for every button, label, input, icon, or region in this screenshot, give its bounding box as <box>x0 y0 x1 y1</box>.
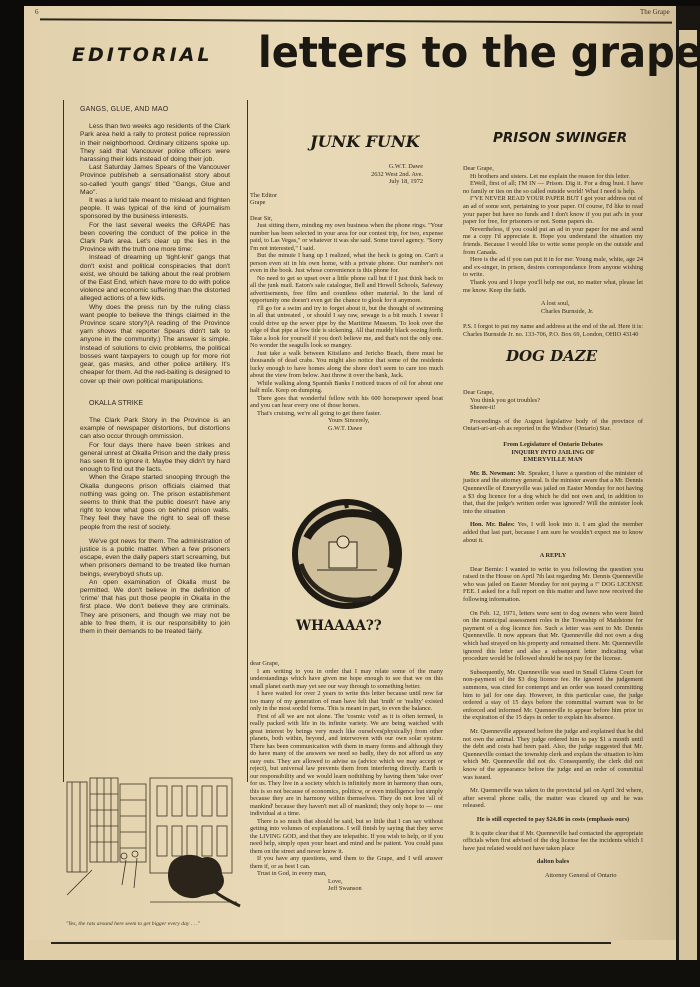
letter-paragraph: Here is the ad if you can put it in for … <box>463 256 643 279</box>
letter-paragraph: Thank you and I hope you'll help me out,… <box>463 279 643 294</box>
reply-paragraph: Subsequently, Mr. Quenneville was sued i… <box>463 669 643 722</box>
signature: G.W.T. Dawe <box>250 425 443 433</box>
letter-paragraph: That's cruising, we're all going to get … <box>250 410 443 418</box>
salutation: Dear Sir, <box>250 215 443 223</box>
letter-paragraph: I"VE NEVER READ YOUR PAPER BUT I got you… <box>463 195 643 225</box>
letter-paragraph: There goes that wonderful fellow with hi… <box>250 395 443 410</box>
letter-paragraph: No need to get so upset over a little ph… <box>250 275 443 305</box>
letter-paragraph: EWell, first of all; I'M IN — Prison. Di… <box>463 180 643 195</box>
editorial-text: GANGS, GLUE, AND MAO Less than two weeks… <box>80 106 230 636</box>
adjacent-page-edge <box>676 6 700 987</box>
editorial-column: GANGS, GLUE, AND MAO Less than two weeks… <box>63 100 248 782</box>
answer-speaker: Hon. Mr. Bales: <box>470 521 515 528</box>
closing: Yours Sincerely, <box>250 417 443 425</box>
salutation-line: Sheeee-it! <box>463 404 643 412</box>
editorial-section-title: EDITORIAL <box>72 44 212 66</box>
closing: A lost soul, <box>463 300 643 308</box>
sender-address: 2632 West 2nd. Ave. <box>250 171 443 179</box>
editorial-paragraph: We've got news for them. The administrat… <box>80 538 230 579</box>
emphasis-line: He is still expected to pay $24.86 in co… <box>463 816 643 824</box>
inquiry-heading: INQUIRY INTO JAILING OF <box>463 449 643 457</box>
editorial-headline: GANGS, GLUE, AND MAO <box>80 106 230 114</box>
reply-paragraph: Mr. Quenneville was taken to the provinc… <box>463 787 643 810</box>
page-title: letters to the grape <box>258 28 700 78</box>
editorial-paragraph: It was a lurid tale meant to mislead and… <box>80 197 230 222</box>
letter-date: July 18, 1972 <box>250 178 443 186</box>
salutation: Dear Grape, <box>463 389 643 397</box>
letter-paragraph: Just take a walk between Kitsilano and J… <box>250 350 443 380</box>
signature-title: Attorney General of Ontario <box>463 872 643 880</box>
prison-swinger-headline: PRISON SWINGER <box>493 130 627 146</box>
editorial-paragraph: An open examination of Okalla must be pe… <box>80 579 230 636</box>
reply-paragraph: On Feb. 12, 1971, letters were sent to d… <box>463 610 643 663</box>
letter-paragraph: Just sitting there, minding my own busin… <box>250 222 443 252</box>
reply-paragraph: Dear Bernie: I wanted to write to you fo… <box>463 566 643 604</box>
salutation-line: You think you got troubles? <box>463 397 643 405</box>
postscript: P.S. I forgot to put my name and address… <box>463 323 643 338</box>
letter-paragraph: I have waited for over 2 years to write … <box>250 690 443 713</box>
reply-heading: A REPLY <box>463 552 643 560</box>
letter-paragraph: First of all we are not alone. The 'cosm… <box>250 713 443 818</box>
salutation: Dear Grape, <box>463 165 643 173</box>
editorial-paragraph: For four days there have been strikes an… <box>80 442 230 475</box>
letter-paragraph: Trust in God, in every man, <box>250 870 443 878</box>
editorial-paragraph: When the Grape started snooping through … <box>80 474 230 531</box>
editorial-paragraph: Last Saturday James Spears of the Vancou… <box>80 164 230 197</box>
scan-background <box>0 960 700 987</box>
reply-paragraph: It is quite clear that if Mr. Quennevill… <box>463 830 643 853</box>
cartoon-caption: "Yes, the rats around here seem to get b… <box>66 921 256 927</box>
dog-daze-headline: DOG DAZE <box>506 347 597 365</box>
signature: Charles Burnside, Jr. <box>463 308 643 316</box>
crystal-ball-illustration <box>287 498 403 610</box>
intro-paragraph: Proceedings of the August legislative bo… <box>463 418 643 433</box>
signature: Jeff Swanson <box>250 885 443 893</box>
prison-swinger-letter: Dear Grape, Hi brothers and sisters. Let… <box>463 165 643 338</box>
whaaaa-letter: dear Grape, I am writing to you in order… <box>250 660 443 893</box>
adjacent-page-border <box>676 30 697 980</box>
letter-paragraph: I am writing to you in order that I may … <box>250 668 443 691</box>
editorial-paragraph: Why does the press run by the ruling cla… <box>80 304 230 386</box>
salutation: dear Grape, <box>250 660 443 668</box>
editorial-paragraph: For the last several weeks the GRAPE has… <box>80 222 230 255</box>
editorial-subhead: OKALLA STRIKE <box>89 400 230 408</box>
letter-paragraph: But the minute I hang up I realized, wha… <box>250 252 443 275</box>
footer-rule <box>51 942 611 944</box>
editorial-paragraph: Less than two weeks ago residents of the… <box>80 123 230 164</box>
publication-name: The Grape <box>640 8 670 16</box>
letter-paragraph: Hi brothers and sisters. Let me explain … <box>463 173 643 181</box>
editorial-paragraph: Instead of dreaming up 'tight-knit' gang… <box>80 254 230 303</box>
sender-name: G.W.T. Dawe <box>250 163 443 171</box>
junk-funk-headline: JUNK FUNK <box>310 132 419 151</box>
letter-paragraph: While walking along Spanish Banks I noti… <box>250 380 443 395</box>
source-heading: From Legislature of Ontario Debates <box>463 441 643 449</box>
letter-paragraph: I'll go for a swim and try to forget abo… <box>250 305 443 350</box>
inquiry-heading: EMERYVILLE MAN <box>463 456 643 464</box>
question-text: Mr. Speaker, I have a question of the mi… <box>463 470 643 515</box>
editorial-paragraph: The Clark Park Story in the Province is … <box>80 417 230 442</box>
signature: dalton bales <box>463 858 643 866</box>
question-speaker: Mr. B. Newman: <box>470 470 515 477</box>
letter-paragraph: There is so much that should be said, bu… <box>250 818 443 856</box>
dog-daze-article: Dear Grape, You think you got troubles? … <box>463 389 643 879</box>
page-number: 6 <box>35 8 39 16</box>
reply-paragraph: Mr. Quenneville appeared before the judg… <box>463 728 643 781</box>
recipient: Grape <box>250 199 443 207</box>
letter-paragraph: If you have any questions, send them to … <box>250 855 443 870</box>
closing: Love, <box>250 878 443 886</box>
letter-paragraph: Nevertheless, if you could put an ad in … <box>463 226 643 256</box>
recipient: The Editor <box>250 192 443 200</box>
whaaaa-headline: WHAAAA?? <box>296 618 382 634</box>
junk-funk-letter: G.W.T. Dawe 2632 West 2nd. Ave. July 18,… <box>250 163 443 432</box>
rats-cartoon-illustration <box>62 770 242 910</box>
